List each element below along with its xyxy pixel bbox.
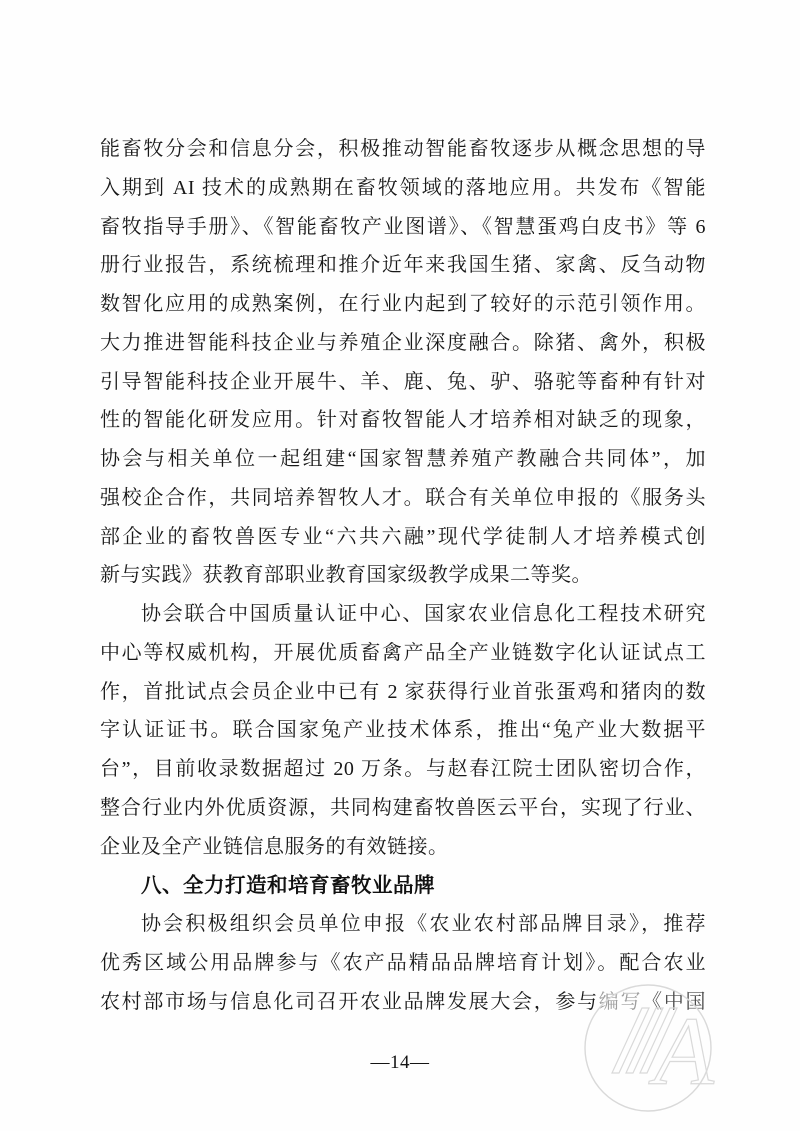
text-line: 引导智能科技企业开展牛、羊、鹿、兔、驴、骆驼等畜种有针对: [100, 363, 706, 402]
text-line: 企业及全产业链信息服务的有效链接。: [100, 828, 706, 867]
text-line: 能畜牧分会和信息分会，积极推动智能畜牧逐步从概念思想的导: [100, 130, 706, 169]
text-line: 协会与相关单位一起组建“国家智慧养殖产教融合共同体”，加: [100, 440, 706, 479]
text-line: 强校企合作，共同培养智牧人才。联合有关单位申报的《服务头: [100, 479, 706, 518]
page-number: —14—: [0, 1052, 800, 1074]
body-text: 能畜牧分会和信息分会，积极推动智能畜牧逐步从概念思想的导 入期到 AI 技术的成…: [100, 130, 706, 1022]
text-line: 中心等权威机构，开展优质畜禽产品全产业链数字化认证试点工: [100, 634, 706, 673]
section-heading: 八、全力打造和培育畜牧业品牌: [100, 867, 706, 906]
watermark-overlapped-text: 编写: [599, 991, 642, 1013]
text-line: 作，首批试点会员企业中已有 2 家获得行业首张蛋鸡和猪肉的数: [100, 673, 706, 712]
text-line: 协会积极组织会员单位申报《农业农村部品牌目录》，推荐: [100, 905, 706, 944]
text-line: 协会联合中国质量认证中心、国家农业信息化工程技术研究: [100, 595, 706, 634]
text-line: 农村部市场与信息化司召开农业品牌发展大会，参与编写《中国: [100, 983, 706, 1022]
text-line: 台”，目前收录数据超过 20 万条。与赵春江院士团队密切合作，: [100, 750, 706, 789]
text-line: 优秀区域公用品牌参与《农产品精品品牌培育计划》。配合农业: [100, 944, 706, 983]
text-line: 入期到 AI 技术的成熟期在畜牧领域的落地应用。共发布《智能: [100, 169, 706, 208]
text-line: 畜牧指导手册》、《智能畜牧产业图谱》、《智慧蛋鸡白皮书》等 6: [100, 208, 706, 247]
text-line: 字认证证书。联合国家兔产业技术体系，推出“兔产业大数据平: [100, 711, 706, 750]
text-line: 新与实践》获教育部职业教育国家级教学成果二等奖。: [100, 556, 706, 595]
text-line: 大力推进智能科技企业与养殖企业深度融合。除猪、禽外，积极: [100, 324, 706, 363]
text-line: 部企业的畜牧兽医专业“六共六融”现代学徒制人才培养模式创: [100, 518, 706, 557]
text-line: 册行业报告，系统梳理和推介近年来我国生猪、家禽、反刍动物: [100, 246, 706, 285]
text-line: 整合行业内外优质资源，共同构建畜牧兽医云平台，实现了行业、: [100, 789, 706, 828]
text-segment: 农村部市场与信息化司召开农业品牌发展大会，参与: [100, 991, 599, 1013]
document-page: 能畜牧分会和信息分会，积极推动智能畜牧逐步从概念思想的导 入期到 AI 技术的成…: [0, 0, 800, 1131]
text-segment: 《中国: [642, 991, 706, 1013]
text-line: 性的智能化研发应用。针对畜牧智能人才培养相对缺乏的现象，: [100, 401, 706, 440]
text-line: 数智化应用的成熟案例，在行业内起到了较好的示范引领作用。: [100, 285, 706, 324]
